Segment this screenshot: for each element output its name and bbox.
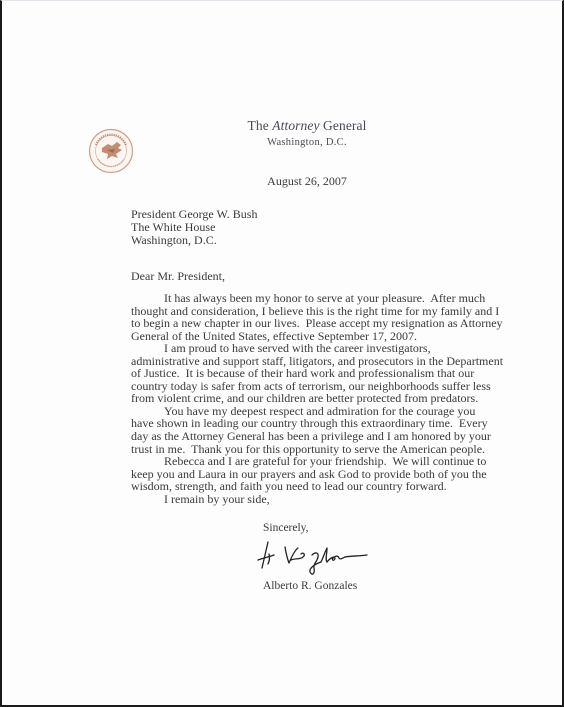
letterhead-city: Washington, D.C.	[207, 137, 407, 148]
body-line: It has always been my honor to serve at …	[131, 292, 531, 305]
letterhead-title: The Attorney General	[207, 118, 407, 134]
recipient-address: President George W. Bush The White House…	[131, 208, 257, 248]
body-line: day as the Attorney General has been a p…	[131, 430, 531, 443]
handwritten-signature-icon	[255, 538, 380, 578]
letter-page: The Attorney General Washington, D.C. Au…	[0, 0, 564, 707]
body-line: I remain by your side,	[131, 493, 531, 506]
body-line: wisdom, strength, and faith you need to …	[131, 480, 531, 493]
department-of-justice-seal-icon	[88, 128, 134, 174]
signer-name: Alberto R. Gonzales	[263, 580, 357, 592]
closing: Sincerely,	[263, 522, 309, 534]
body-line: to begin a new chapter in our lives. Ple…	[131, 317, 531, 330]
body-line: I am proud to have served with the caree…	[131, 342, 531, 355]
body-line: of Justice. It is because of their hard …	[131, 367, 531, 380]
letter-body: It has always been my honor to serve at …	[131, 292, 531, 505]
letter-date: August 26, 2007	[207, 174, 407, 189]
body-line: Rebecca and I are grateful for your frie…	[131, 455, 531, 468]
recipient-line: Washington, D.C.	[131, 234, 257, 247]
salutation: Dear Mr. President,	[131, 269, 225, 284]
